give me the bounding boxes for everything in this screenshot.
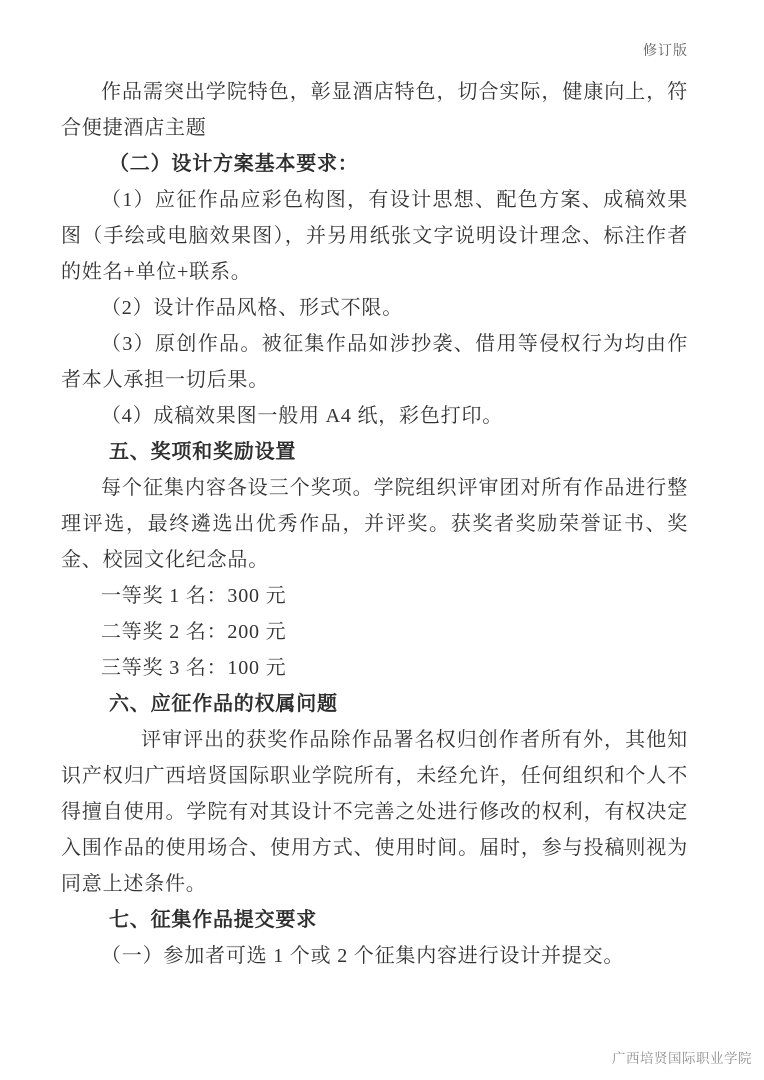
paragraph: 一等奖 1 名：300 元 [61, 578, 688, 614]
document-body: 作品需突出学院特色，彰显酒店特色，切合实际，健康向上，符合便捷酒店主题（二）设计… [61, 74, 688, 974]
paragraph: 评审评出的获奖作品除作品署名权归创作者所有外，其他知识产权归广西培贤国际职业学院… [61, 722, 688, 902]
footer-watermark: 广西培贤国际职业学院 [612, 1051, 752, 1066]
paragraph: （2）设计作品风格、形式不限。 [61, 290, 688, 326]
paragraph: 三等奖 3 名：100 元 [61, 650, 688, 686]
section-heading: 六、应征作品的权属问题 [61, 686, 688, 722]
paragraph: 二等奖 2 名：200 元 [61, 614, 688, 650]
paragraph: （1）应征作品应彩色构图，有设计思想、配色方案、成稿效果图（手绘或电脑效果图），… [61, 182, 688, 290]
section-heading: 五、奖项和奖励设置 [61, 434, 688, 470]
paragraph: 每个征集内容各设三个奖项。学院组织评审团对所有作品进行整理评选，最终遴选出优秀作… [61, 470, 688, 578]
revision-label: 修订版 [61, 42, 688, 62]
section-heading: 七、征集作品提交要求 [61, 902, 688, 938]
section-heading: （二）设计方案基本要求： [61, 146, 688, 182]
paragraph: 作品需突出学院特色，彰显酒店特色，切合实际，健康向上，符合便捷酒店主题 [61, 74, 688, 146]
document-page: 修订版 作品需突出学院特色，彰显酒店特色，切合实际，健康向上，符合便捷酒店主题（… [0, 0, 764, 1080]
paragraph: （3）原创作品。被征集作品如涉抄袭、借用等侵权行为均由作者本人承担一切后果。 [61, 326, 688, 398]
paragraph: （4）成稿效果图一般用 A4 纸，彩色打印。 [61, 398, 688, 434]
paragraph: （一）参加者可选 1 个或 2 个征集内容进行设计并提交。 [61, 938, 688, 974]
